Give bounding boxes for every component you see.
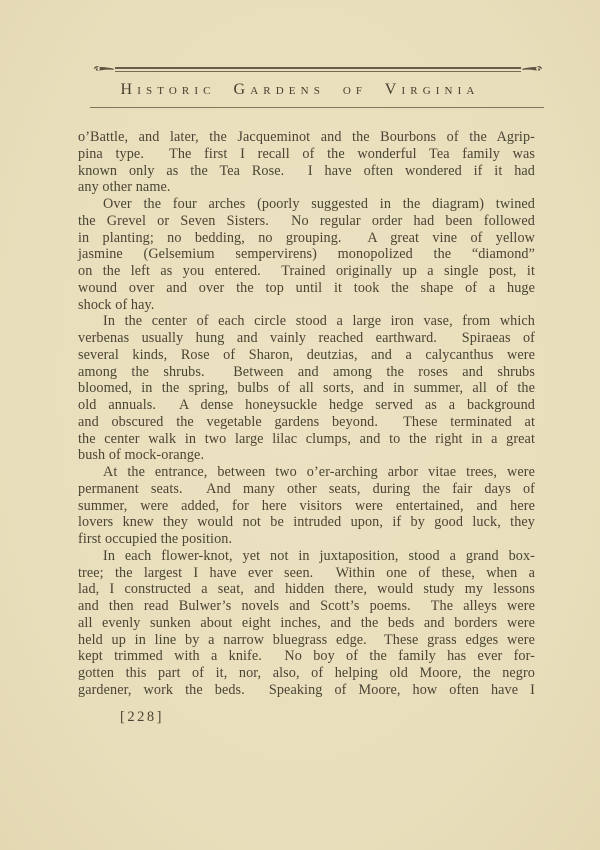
text-line: jasmine (Gelsemium sempervirens) monopol…	[78, 246, 535, 263]
text-line: tree; the largest I have ever seen. With…	[78, 565, 535, 582]
running-head: Historic Gardens of Virginia	[0, 81, 600, 99]
text-line: kept trimmed with a knife. No boy of the…	[78, 648, 535, 665]
text-line: and obscured the vegetable gardens beyon…	[78, 414, 535, 431]
text-line: lad, I constructed a seat, and hidden th…	[78, 581, 535, 598]
text-line: bloomed, in the spring, bulbs of all sor…	[78, 380, 535, 397]
scroll-ornament-left-icon	[92, 64, 114, 74]
text-line: summer, were added, for here visitors we…	[78, 498, 535, 515]
paragraph: At the entrance, between two o’er-archin…	[78, 464, 535, 548]
ornamental-rule	[92, 64, 544, 74]
header-double-rule	[115, 67, 521, 72]
header-rule	[90, 107, 544, 108]
text-line: shock of hay.	[78, 297, 535, 314]
text-line: and then read Bulwer’s novels and Scott’…	[78, 598, 535, 615]
text-line: In the center of each circle stood a lar…	[78, 313, 535, 330]
text-line: permanent seats. And many other seats, d…	[78, 481, 535, 498]
text-line: held up in line by a narrow bluegrass ed…	[78, 632, 535, 649]
scroll-ornament-right-icon	[522, 64, 544, 74]
page-number: [228]	[120, 709, 600, 726]
text-line: among the shrubs. Between and among the …	[78, 364, 535, 381]
text-line: the center walk in two large lilac clump…	[78, 431, 535, 448]
text-line: verbenas usually hung and vainly reached…	[78, 330, 535, 347]
text-line: Over the four arches (poorly suggested i…	[78, 196, 535, 213]
paragraph: Over the four arches (poorly suggested i…	[78, 196, 535, 313]
text-line: all evenly sunken about eight inches, an…	[78, 615, 535, 632]
text-line: gotten this part of it, nor, also, of he…	[78, 665, 535, 682]
text-line: At the entrance, between two o’er-archin…	[78, 464, 535, 481]
text-line: lovers knew they would not be intruded u…	[78, 514, 535, 531]
text-line: in planting; no bedding, no grouping. A …	[78, 230, 535, 247]
text-line: on the left as you entered. Trained orig…	[78, 263, 535, 280]
text-line: bush of mock-orange.	[78, 447, 535, 464]
page-header: Historic Gardens of Virginia	[0, 0, 600, 108]
text-line: In each flower-knot, yet not in juxtapos…	[78, 548, 535, 565]
text-line: o’Battle, and later, the Jacqueminot and…	[78, 129, 535, 146]
paragraph: In the center of each circle stood a lar…	[78, 313, 535, 464]
text-line: the Grevel or Seven Sisters. No regular …	[78, 213, 535, 230]
text-line: first occupied the position.	[78, 531, 535, 548]
text-line: wound over and over the top until it too…	[78, 280, 535, 297]
text-line: pina type. The first I recall of the won…	[78, 146, 535, 163]
paragraph: o’Battle, and later, the Jacqueminot and…	[78, 129, 535, 196]
text-line: several kinds, Rose of Sharon, deutzias,…	[78, 347, 535, 364]
text-line: any other name.	[78, 179, 535, 196]
body-text: o’Battle, and later, the Jacqueminot and…	[78, 129, 535, 699]
paragraph: In each flower-knot, yet not in juxtapos…	[78, 548, 535, 699]
text-line: gardener, work the beds. Speaking of Moo…	[78, 682, 535, 699]
text-line: known only as the Tea Rose. I have often…	[78, 163, 535, 180]
text-line: old annuals. A dense honeysuckle hedge s…	[78, 397, 535, 414]
book-page: Historic Gardens of Virginia o’Battle, a…	[0, 0, 600, 850]
